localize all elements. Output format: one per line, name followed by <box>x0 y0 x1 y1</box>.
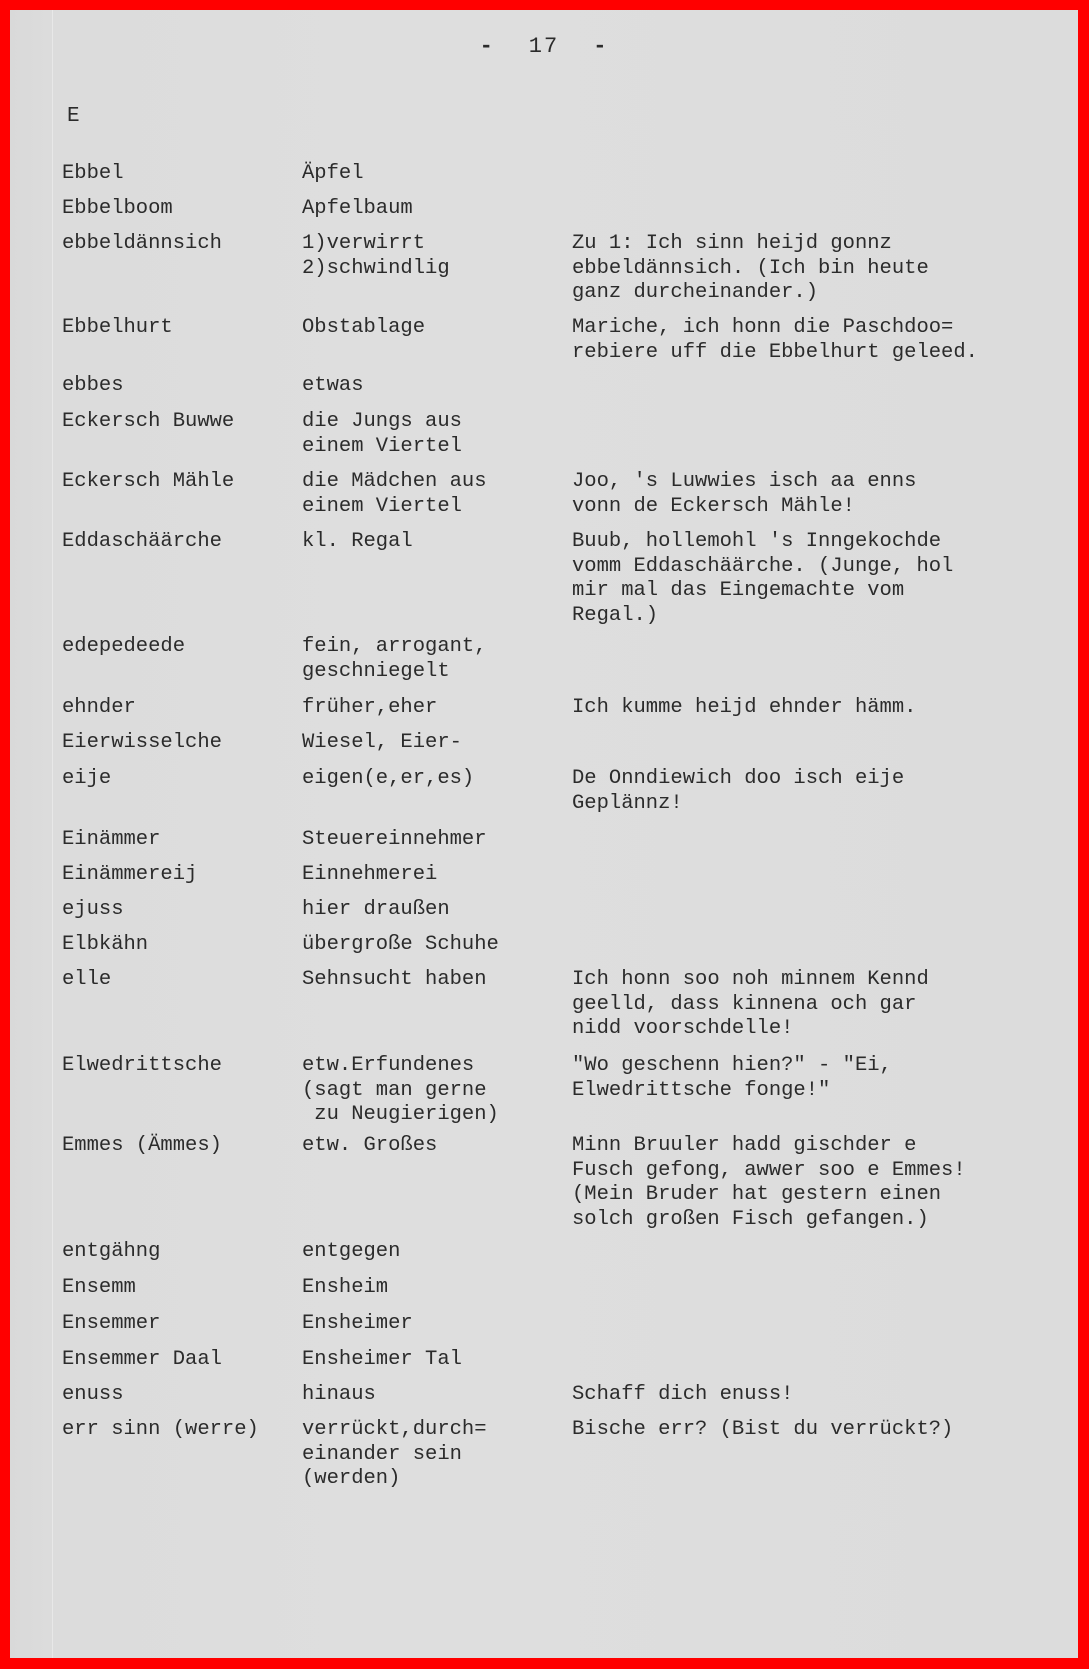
entry-example: Ich kumme heijd ehnder hämm. <box>572 696 916 721</box>
entry-term-line: Elwedrittsche <box>62 1054 222 1079</box>
entry-term-line: Eddaschäärche <box>62 530 222 555</box>
entry-example-line: Minn Bruuler hadd gischder e <box>572 1134 966 1159</box>
entry-meaning-line: Wiesel, Eier- <box>302 731 462 756</box>
entry-meaning-line: früher,eher <box>302 696 437 721</box>
entry-example-line: Elwedrittsche fonge!" <box>572 1079 892 1104</box>
entry-meaning-line: Ensheim <box>302 1276 388 1301</box>
entry-term: entgähng <box>62 1240 160 1265</box>
entry-term-line: Elbkähn <box>62 933 148 958</box>
entry-term-line: Emmes (Ämmes) <box>62 1134 222 1159</box>
entry-meaning: etwas <box>302 374 364 399</box>
entry-meaning-line: Steuereinnehmer <box>302 828 487 853</box>
entry-meaning-line: Äpfel <box>302 162 364 187</box>
entry-meaning-line: Sehnsucht haben <box>302 968 487 993</box>
entry-example-line: (Mein Bruder hat gestern einen <box>572 1183 966 1208</box>
entry-example-line: Zu 1: Ich sinn heijd gonnz <box>572 232 929 257</box>
document-page: -17- E EbbelÄpfelEbbelboomApfelbaumebbel… <box>10 10 1078 1658</box>
entry-meaning-line: hier draußen <box>302 898 450 923</box>
entry-term: Eckersch Buwwe <box>62 410 234 435</box>
dash-right: - <box>593 35 608 60</box>
entry-example-line: Geplännz! <box>572 792 904 817</box>
entry-term: enuss <box>62 1383 124 1408</box>
entry-term-line: Einämmer <box>62 828 160 853</box>
entry-meaning-line: Obstablage <box>302 316 425 341</box>
entry-term: Einämmereij <box>62 863 197 888</box>
entry-example-line: Joo, 's Luwwies isch aa enns <box>572 470 916 495</box>
entry-meaning-line: die Jungs aus <box>302 410 462 435</box>
entry-meaning-line: Ensheimer Tal <box>302 1348 462 1373</box>
entry-example-line: ganz durcheinander.) <box>572 281 929 306</box>
entry-example-line: Ich honn soo noh minnem Kennd <box>572 968 929 993</box>
entry-example-line: "Wo geschenn hien?" - "Ei, <box>572 1054 892 1079</box>
entry-meaning: Äpfel <box>302 162 364 187</box>
entry-meaning-line: die Mädchen aus <box>302 470 487 495</box>
entry-example-line: Mariche, ich honn die Paschdoo= <box>572 316 978 341</box>
entry-example-line: geelld, dass kinnena och gar <box>572 993 929 1018</box>
entry-example-line: Buub, hollemohl 's Inngekochde <box>572 530 953 555</box>
entry-term-line: Ensemmer Daal <box>62 1348 222 1373</box>
entry-term-line: err sinn (werre) <box>62 1418 259 1443</box>
entry-meaning: Sehnsucht haben <box>302 968 487 993</box>
entry-meaning: Ensheim <box>302 1276 388 1301</box>
entry-example: Buub, hollemohl 's Inngekochdevomm Eddas… <box>572 530 953 628</box>
entry-example: Ich honn soo noh minnem Kenndgeelld, das… <box>572 968 929 1042</box>
entry-meaning-line: etw. Großes <box>302 1134 437 1159</box>
entry-term-line: Ebbelhurt <box>62 316 173 341</box>
entry-meaning: Steuereinnehmer <box>302 828 487 853</box>
entry-term: ebbes <box>62 374 124 399</box>
entry-example-line: mir mal das Eingemachte vom <box>572 579 953 604</box>
entry-example-line: Regal.) <box>572 604 953 629</box>
entry-term: Eddaschäärche <box>62 530 222 555</box>
entry-term-line: ehnder <box>62 696 136 721</box>
entry-meaning-line: geschniegelt <box>302 660 487 685</box>
entry-term: ehnder <box>62 696 136 721</box>
entry-meaning: entgegen <box>302 1240 400 1265</box>
entry-example-line: Schaff dich enuss! <box>572 1383 793 1408</box>
entry-example-line: vonn de Eckersch Mähle! <box>572 495 916 520</box>
entry-term-line: eije <box>62 767 111 792</box>
entry-meaning-line: (werden) <box>302 1467 487 1492</box>
entry-term: elle <box>62 968 111 993</box>
entry-term: Ebbel <box>62 162 124 187</box>
entry-example-line: ebbeldännsich. (Ich bin heute <box>572 257 929 282</box>
entry-meaning-line: eigen(e,er,es) <box>302 767 474 792</box>
entry-term-line: Eierwisselche <box>62 731 222 756</box>
entry-meaning-line: verrückt,durch= <box>302 1418 487 1443</box>
entry-meaning-line: einem Viertel <box>302 435 462 460</box>
dash-left: - <box>480 35 495 60</box>
entry-meaning-line: kl. Regal <box>302 530 413 555</box>
entry-meaning: etw. Großes <box>302 1134 437 1159</box>
page-number: -17- <box>10 35 1078 60</box>
entry-example-line: nidd voorschdelle! <box>572 1017 929 1042</box>
entry-term-line: Ensemmer <box>62 1312 160 1337</box>
entry-term: ebbeldännsich <box>62 232 222 257</box>
entry-meaning: früher,eher <box>302 696 437 721</box>
entry-term-line: Ebbelboom <box>62 197 173 222</box>
entry-meaning-line: zu Neugierigen) <box>302 1103 499 1128</box>
entry-meaning-line: etwas <box>302 374 364 399</box>
entry-term: eije <box>62 767 111 792</box>
entry-term-line: ebbeldännsich <box>62 232 222 257</box>
entry-term: Ensemmer Daal <box>62 1348 222 1373</box>
entry-meaning-line: fein, arrogant, <box>302 635 487 660</box>
entry-term-line: Eckersch Buwwe <box>62 410 234 435</box>
entry-meaning: Ensheimer Tal <box>302 1348 462 1373</box>
entry-example: Minn Bruuler hadd gischder eFusch gefong… <box>572 1134 966 1232</box>
entry-meaning: übergroße Schuhe <box>302 933 499 958</box>
entry-term: edepedeede <box>62 635 185 660</box>
entry-meaning: etw.Erfundenes(sagt man gerne zu Neugier… <box>302 1054 499 1128</box>
entry-meaning: hier draußen <box>302 898 450 923</box>
entry-meaning: die Jungs auseinem Viertel <box>302 410 462 459</box>
entry-meaning-line: übergroße Schuhe <box>302 933 499 958</box>
entry-meaning: kl. Regal <box>302 530 413 555</box>
entry-term: Ebbelhurt <box>62 316 173 341</box>
entry-meaning-line: Apfelbaum <box>302 197 413 222</box>
entry-example-line: vomm Eddaschäärche. (Junge, hol <box>572 555 953 580</box>
entry-term: ejuss <box>62 898 124 923</box>
entry-term-line: Ebbel <box>62 162 124 187</box>
entry-term-line: enuss <box>62 1383 124 1408</box>
entry-example: Bische err? (Bist du verrückt?) <box>572 1418 953 1443</box>
entry-meaning: Einnehmerei <box>302 863 437 888</box>
entry-example-line: Ich kumme heijd ehnder hämm. <box>572 696 916 721</box>
page-number-value: 17 <box>529 34 559 59</box>
entry-example: Mariche, ich honn die Paschdoo=rebiere u… <box>572 316 978 365</box>
entry-term: err sinn (werre) <box>62 1418 259 1443</box>
entry-term: Eckersch Mähle <box>62 470 234 495</box>
entry-term-line: elle <box>62 968 111 993</box>
entry-term: Emmes (Ämmes) <box>62 1134 222 1159</box>
entry-meaning: hinaus <box>302 1383 376 1408</box>
entry-example-line: solch großen Fisch gefangen.) <box>572 1208 966 1233</box>
entry-example-line: rebiere uff die Ebbelhurt geleed. <box>572 341 978 366</box>
entry-term: Ensemm <box>62 1276 136 1301</box>
entry-example: Zu 1: Ich sinn heijd gonnzebbeldännsich.… <box>572 232 929 306</box>
entry-term: Eierwisselche <box>62 731 222 756</box>
entry-term-line: entgähng <box>62 1240 160 1265</box>
entry-example-line: Bische err? (Bist du verrückt?) <box>572 1418 953 1443</box>
entry-term: Elwedrittsche <box>62 1054 222 1079</box>
entry-term-line: Einämmereij <box>62 863 197 888</box>
entry-meaning: verrückt,durch=einander sein(werden) <box>302 1418 487 1492</box>
entry-example-line: Fusch gefong, awwer soo e Emmes! <box>572 1159 966 1184</box>
entry-meaning: Obstablage <box>302 316 425 341</box>
entry-meaning-line: Ensheimer <box>302 1312 413 1337</box>
entry-term-line: edepedeede <box>62 635 185 660</box>
entry-meaning: Apfelbaum <box>302 197 413 222</box>
entry-meaning-line: (sagt man gerne <box>302 1079 499 1104</box>
section-letter: E <box>67 105 80 130</box>
entry-meaning-line: 1)verwirrt <box>302 232 450 257</box>
entry-example: Joo, 's Luwwies isch aa ennsvonn de Ecke… <box>572 470 916 519</box>
entry-meaning-line: hinaus <box>302 1383 376 1408</box>
entry-term-line: ebbes <box>62 374 124 399</box>
entry-term-line: Ensemm <box>62 1276 136 1301</box>
entry-term: Einämmer <box>62 828 160 853</box>
entry-meaning: fein, arrogant,geschniegelt <box>302 635 487 684</box>
entry-term: Ensemmer <box>62 1312 160 1337</box>
entry-example: "Wo geschenn hien?" - "Ei,Elwedrittsche … <box>572 1054 892 1103</box>
entry-meaning: Ensheimer <box>302 1312 413 1337</box>
entry-term: Ebbelboom <box>62 197 173 222</box>
entry-meaning: eigen(e,er,es) <box>302 767 474 792</box>
entry-example: De Onndiewich doo isch eijeGeplännz! <box>572 767 904 816</box>
entry-term-line: ejuss <box>62 898 124 923</box>
entry-term-line: Eckersch Mähle <box>62 470 234 495</box>
entry-meaning: Wiesel, Eier- <box>302 731 462 756</box>
entry-term: Elbkähn <box>62 933 148 958</box>
entry-meaning: 1)verwirrt2)schwindlig <box>302 232 450 281</box>
entry-meaning-line: 2)schwindlig <box>302 257 450 282</box>
entry-example: Schaff dich enuss! <box>572 1383 793 1408</box>
entry-meaning-line: entgegen <box>302 1240 400 1265</box>
entry-meaning-line: Einnehmerei <box>302 863 437 888</box>
entry-meaning-line: einem Viertel <box>302 495 487 520</box>
entry-example-line: De Onndiewich doo isch eije <box>572 767 904 792</box>
entry-meaning-line: einander sein <box>302 1443 487 1468</box>
entry-meaning: die Mädchen auseinem Viertel <box>302 470 487 519</box>
entry-meaning-line: etw.Erfundenes <box>302 1054 499 1079</box>
